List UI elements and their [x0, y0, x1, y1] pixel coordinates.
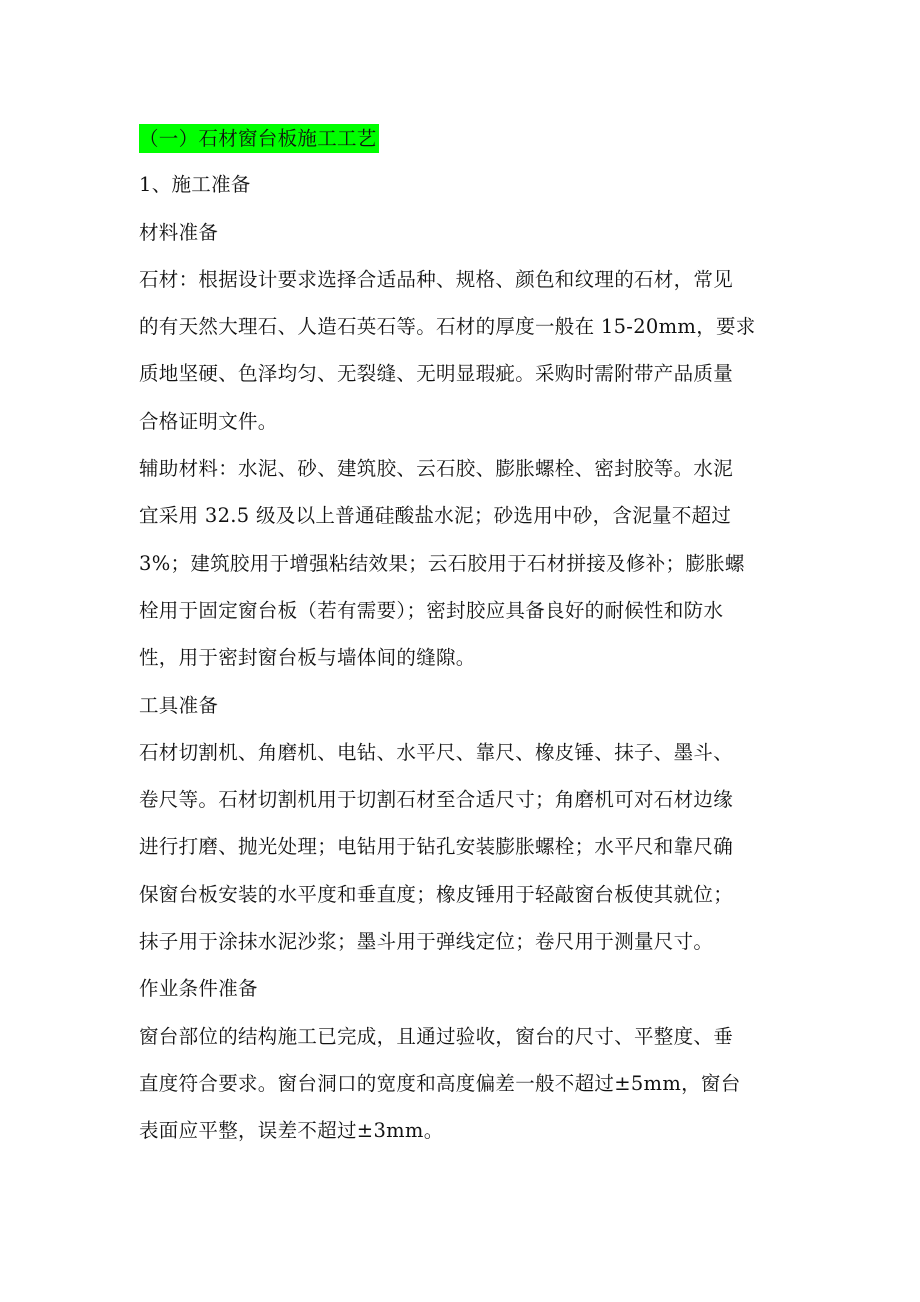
paragraph-line: 质地坚硬、色泽均匀、无裂缝、无明显瑕疵。采购时需附带产品质量	[139, 350, 799, 397]
paragraph-line: 石材切割机、角磨机、电钻、水平尺、靠尺、橡皮锤、抹子、墨斗、	[139, 729, 799, 776]
stone-paragraph: 石材：根据设计要求选择合适品种、规格、颜色和纹理的石材，常见 的有天然大理石、人…	[139, 256, 799, 445]
paragraph-line: 的有天然大理石、人造石英石等。石材的厚度一般在 15-20mm，要求	[139, 303, 799, 350]
paragraph-line: 合格证明文件。	[139, 398, 799, 445]
paragraph-line: 3%；建筑胶用于增强粘结效果；云石胶用于石材拼接及修补；膨胀螺	[139, 540, 799, 587]
subsection-heading: 1、施工准备	[139, 161, 799, 208]
paragraph-line: 辅助材料：水泥、砂、建筑胶、云石胶、膨胀螺栓、密封胶等。水泥	[139, 445, 799, 492]
conditions-paragraph: 窗台部位的结构施工已完成，且通过验收，窗台的尺寸、平整度、垂 直度符合要求。窗台…	[139, 1013, 799, 1155]
paragraph-line: 抹子用于涂抹水泥沙浆；墨斗用于弹线定位；卷尺用于测量尺寸。	[139, 918, 799, 965]
paragraph-line: 石材：根据设计要求选择合适品种、规格、颜色和纹理的石材，常见	[139, 256, 799, 303]
paragraph-line: 表面应平整，误差不超过±3mm。	[139, 1107, 799, 1154]
paragraph-line: 性，用于密封窗台板与墙体间的缝隙。	[139, 634, 799, 681]
tools-heading: 工具准备	[139, 682, 799, 729]
paragraph-line: 进行打磨、抛光处理；电钻用于钻孔安装膨胀螺栓；水平尺和靠尺确	[139, 823, 799, 870]
section-title-line: （一）石材窗台板施工工艺	[139, 114, 799, 161]
aux-materials-paragraph: 辅助材料：水泥、砂、建筑胶、云石胶、膨胀螺栓、密封胶等。水泥 宜采用 32.5 …	[139, 445, 799, 681]
paragraph-line: 保窗台板安装的水平度和垂直度；橡皮锤用于轻敲窗台板使其就位；	[139, 871, 799, 918]
paragraph-line: 宜采用 32.5 级及以上普通硅酸盐水泥；砂选用中砂，含泥量不超过	[139, 492, 799, 539]
materials-heading: 材料准备	[139, 209, 799, 256]
tools-paragraph: 石材切割机、角磨机、电钻、水平尺、靠尺、橡皮锤、抹子、墨斗、 卷尺等。石材切割机…	[139, 729, 799, 965]
document-page: （一）石材窗台板施工工艺 1、施工准备 材料准备 石材：根据设计要求选择合适品种…	[139, 114, 799, 1155]
section-title: （一）石材窗台板施工工艺	[139, 124, 379, 153]
paragraph-line: 栓用于固定窗台板（若有需要）；密封胶应具备良好的耐候性和防水	[139, 587, 799, 634]
paragraph-line: 卷尺等。石材切割机用于切割石材至合适尺寸；角磨机可对石材边缘	[139, 776, 799, 823]
paragraph-line: 直度符合要求。窗台洞口的宽度和高度偏差一般不超过±5mm，窗台	[139, 1060, 799, 1107]
paragraph-line: 窗台部位的结构施工已完成，且通过验收，窗台的尺寸、平整度、垂	[139, 1013, 799, 1060]
conditions-heading: 作业条件准备	[139, 965, 799, 1012]
